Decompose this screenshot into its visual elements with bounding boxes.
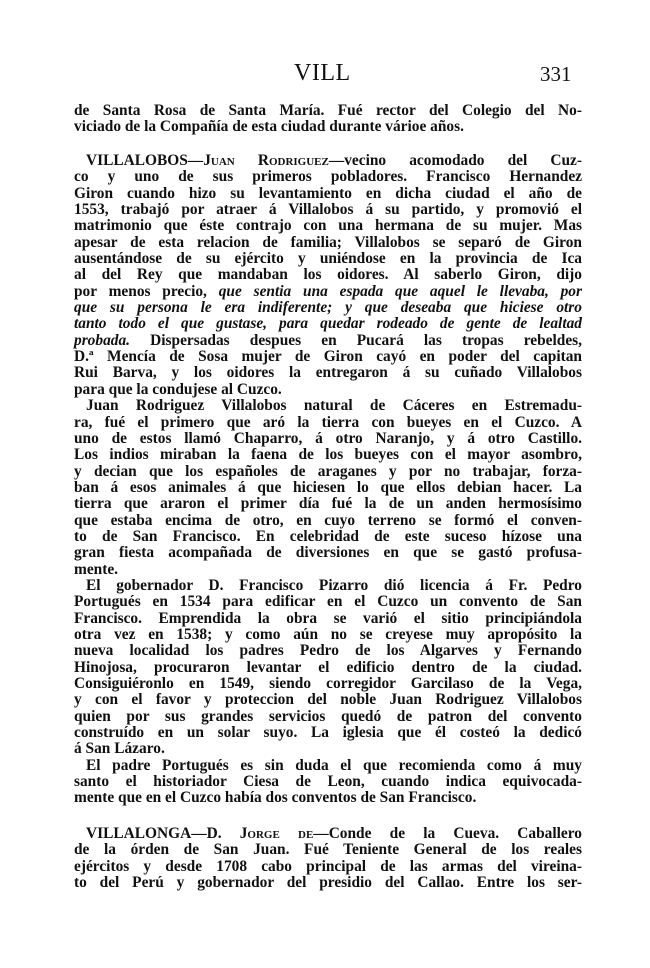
text-line: que su persona le era indiferente; y que…: [74, 300, 582, 316]
text-line: uno de estos llamó Chaparro, á otro Nara…: [74, 431, 582, 447]
text-line: mente que en el Cuzco había dos convento…: [74, 790, 582, 806]
text-line: y decian que los españoles de araganes y…: [74, 464, 582, 480]
text-line: quien por sus grandes servicios quedó de…: [74, 709, 582, 725]
entry-subject: Juan Rodriguez: [203, 152, 329, 169]
quote-intro: por menos precio,: [74, 283, 219, 300]
text-line: al del Rey que mandaban los oidores. Al …: [74, 267, 582, 283]
running-head: VILL 331: [0, 60, 650, 88]
text-line: co y uno de sus primeros pobladores. Fra…: [74, 169, 582, 185]
text-line: ban á esos animales á que hiciesen lo qu…: [74, 480, 582, 496]
italic-quote: que sentia una espada que aquel le lleva…: [219, 283, 582, 300]
entry-villalonga: VILLALONGA—D. Jorge de—Conde de la Cueva…: [74, 826, 582, 891]
entry-headword: VILLALONGA: [86, 825, 191, 842]
text-line: mente.: [74, 562, 582, 578]
text-line: ra, fué el primero que aró la tierra con…: [74, 415, 582, 431]
text-line: Hinojosa, procuraron levantar el edifici…: [74, 660, 582, 676]
text-line: Portugués en 1534 para edificar en el Cu…: [74, 594, 582, 610]
entry-headword: VILLALOBOS: [86, 152, 188, 169]
text-line: VILLALONGA—D. Jorge de—Conde de la Cueva…: [74, 826, 582, 842]
text-line: ausentándose de su ejército y uniéndose …: [74, 251, 582, 267]
text-line: D.ª Mencía de Sosa mujer de Giron cayó e…: [74, 349, 582, 365]
text-line: El padre Portugués es sin duda el que re…: [74, 758, 582, 774]
text-line: tierra que araron el primer día fué la d…: [74, 496, 582, 512]
text-line: y con el favor y proteccion del noble Ju…: [74, 692, 582, 708]
text-line: Rui Barva, y los oidores la entregaron á…: [74, 365, 582, 381]
text-line: apesar de esta relacion de familia; Vill…: [74, 235, 582, 251]
text-line: Francisco. Emprendida la obra se varió e…: [74, 611, 582, 627]
text-line: de Santa Rosa de Santa María. Fué rector…: [74, 103, 582, 119]
text-line: viciado de la Compañía de esta ciudad du…: [74, 119, 582, 135]
running-title: VILL: [294, 60, 351, 87]
entry-text: —vecino acomodado del Cuz-: [329, 152, 582, 169]
text-line: nueva localidad los padres Pedro de los …: [74, 643, 582, 659]
text-line: santo el historiador Ciesa de Leon, cuan…: [74, 774, 582, 790]
text-line: gran fiesta acompañada de diversiones en…: [74, 545, 582, 561]
entry-text: —Conde de la Cueva. Caballero: [313, 825, 582, 842]
text-line: ejércitos y desde 1708 cabo principal de…: [74, 859, 582, 875]
text-line: El gobernador D. Francisco Pizarro dió l…: [74, 578, 582, 594]
entry-villalobos: VILLALOBOS—Juan Rodriguez—vecino acomoda…: [74, 153, 582, 807]
entry-subject: D. Jorge de: [207, 825, 314, 842]
page-number: 331: [540, 62, 572, 87]
text-line: to del Perú y gobernador del presidio de…: [74, 875, 582, 891]
continuation-paragraph: de Santa Rosa de Santa María. Fué rector…: [74, 103, 582, 136]
text-line: por menos precio, que sentia una espada …: [74, 284, 582, 300]
text-line: Consiguiéronlo en 1549, siendo corregido…: [74, 676, 582, 692]
text-line: VILLALOBOS—Juan Rodriguez—vecino acomoda…: [74, 153, 582, 169]
text-line: Los indios miraban la faena de los bueye…: [74, 447, 582, 463]
text-line: que estaba encima de otro, en cuyo terre…: [74, 513, 582, 529]
text-line: to de San Francisco. En celebridad de es…: [74, 529, 582, 545]
text-line: á San Lázaro.: [74, 741, 582, 757]
text-line: Giron cuando hizo su levantamiento en di…: [74, 186, 582, 202]
text-line: 1553, trabajó por atraer á Villalobos á …: [74, 202, 582, 218]
italic-quote: probada.: [74, 332, 130, 349]
entry-text: Dispersadas despues en Pucará las tropas…: [130, 332, 582, 349]
text-line: otra vez en 1538; y como aún no se creye…: [74, 627, 582, 643]
text-line: para que la condujese al Cuzco.: [74, 382, 582, 398]
text-line: matrimonio que éste contrajo con una her…: [74, 218, 582, 234]
text-line: construído en un solar suyo. La iglesia …: [74, 725, 582, 741]
text-line: de la órden de San Juan. Fué Teniente Ge…: [74, 842, 582, 858]
text-line: tanto todo el que gustase, para quedar r…: [74, 316, 582, 332]
text-line: probada. Dispersadas despues en Pucará l…: [74, 333, 582, 349]
text-line: Juan Rodriguez Villalobos natural de Các…: [74, 398, 582, 414]
